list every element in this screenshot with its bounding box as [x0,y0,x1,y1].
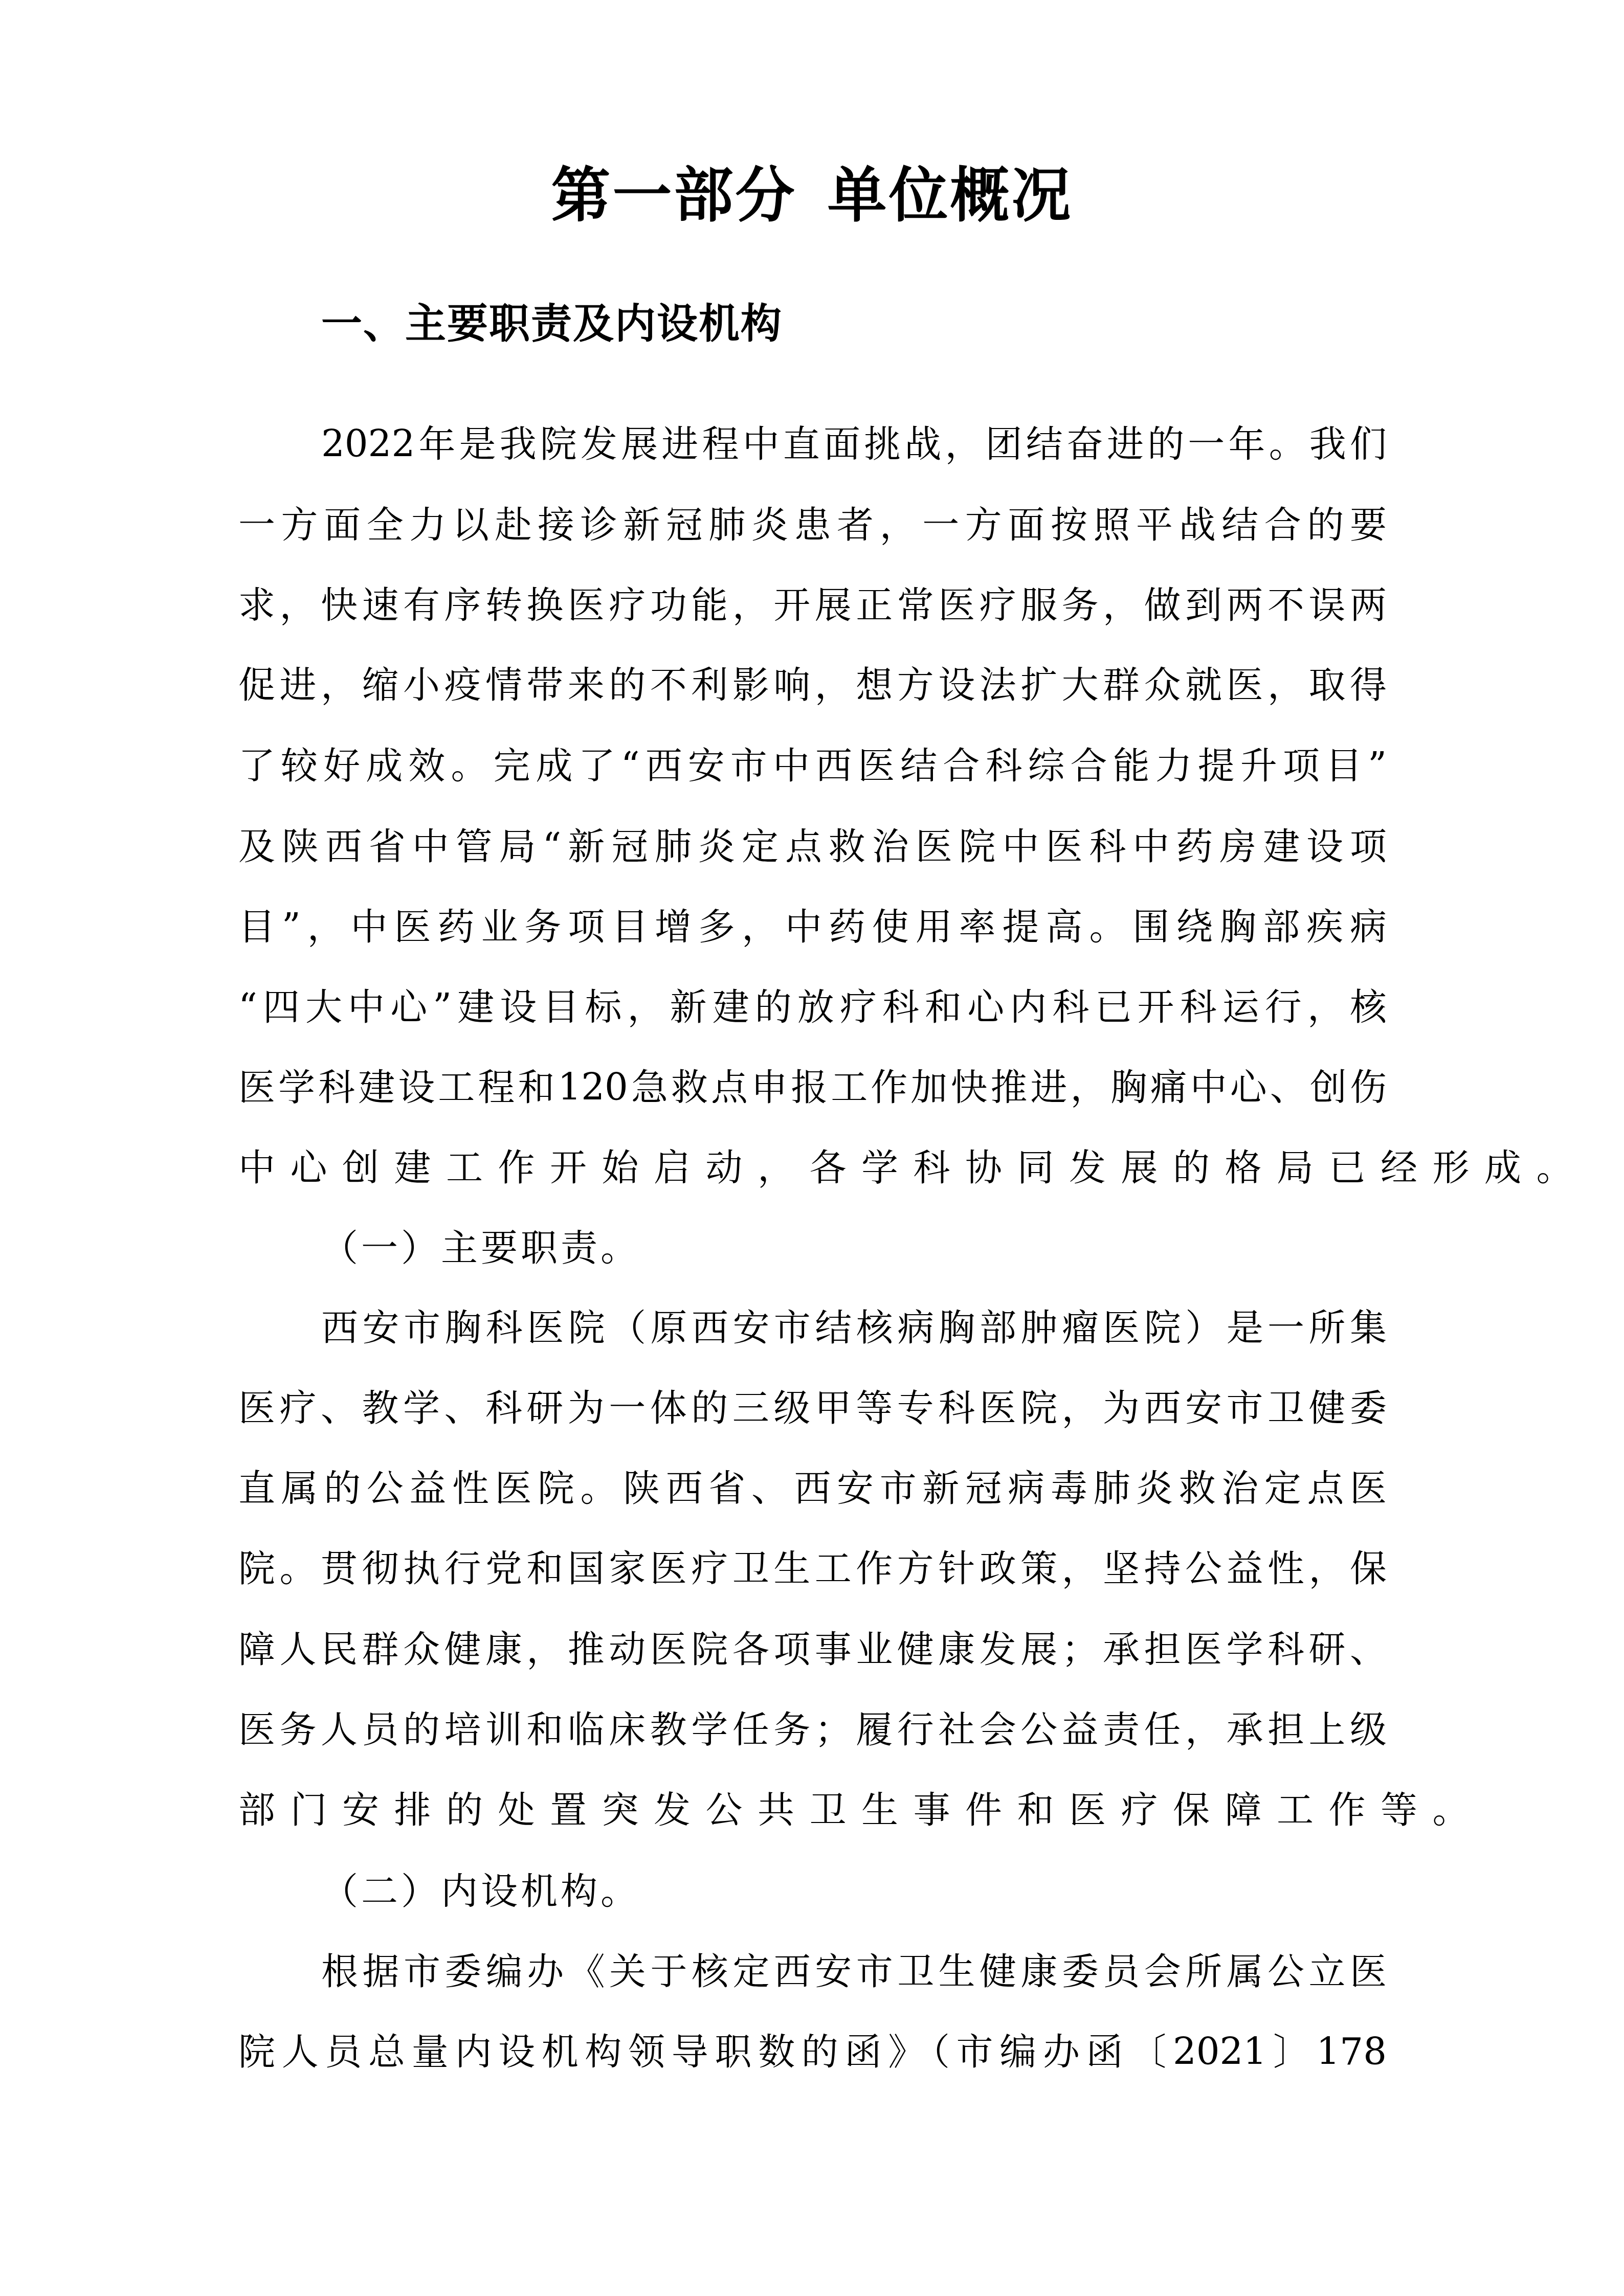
intro-line-3: 求，快速有序转换医疗功能，开展正常医疗服务，做到两不误两 [238,579,1387,631]
document-page: 第一部分单位概况 一、主要职责及内设机构 2022年是我院发展进程中直面挑战，团… [0,0,1624,2296]
intro-line-4: 促进，缩小疫情带来的不利影响，想方设法扩大群众就医，取得 [238,659,1387,710]
intro-line-1: 2022年是我院发展进程中直面挑战，团结奋进的一年。我们 [321,418,1387,469]
structure-line-1: 根据市委编办《关于核定西安市卫生健康委员会所属公立医 [321,1946,1387,1997]
page-title: 第一部分单位概况 [0,163,1624,229]
responsibilities-line-4: 院。贯彻执行党和国家医疗卫生工作方针政策，坚持公益性，保 [238,1543,1387,1594]
responsibilities-line-3: 直属的公益性医院。陕西省、西安市新冠病毒肺炎救治定点医 [238,1462,1387,1514]
section-heading: 一、主要职责及内设机构 [321,299,783,348]
responsibilities-line-6: 医务人员的培训和临床教学任务；履行社会公益责任，承担上级 [238,1704,1387,1755]
intro-line-2: 一方面全力以赴接诊新冠肺炎患者，一方面按照平战结合的要 [238,499,1387,550]
structure-line-2: 院人员总量内设机构领导职数的函》（市编办函〔2021〕178 [238,2026,1387,2077]
responsibilities-line-1: 西安市胸科医院（原西安市结核病胸部肿瘤医院）是一所集 [321,1302,1387,1353]
intro-line-9: 医学科建设工程和120急救点申报工作加快推进，胸痛中心、创伤 [238,1062,1387,1113]
responsibilities-line-2: 医疗、教学、科研为一体的三级甲等专科医院，为西安市卫健委 [238,1382,1387,1433]
responsibilities-line-7: 部门安排的处置突发公共卫生事件和医疗保障工作等。 [238,1784,1387,1835]
title-part-1: 第一部分 [551,161,797,230]
intro-line-6: 及陕西省中管局“新冠肺炎定点救治医院中医科中药房建设项 [238,821,1387,872]
intro-line-10: 中心创建工作开始启动，各学科协同发展的格局已经形成。 [238,1142,1387,1193]
intro-line-8: “四大中心”建设目标，新建的放疗科和心内科已开科运行，核 [238,981,1387,1032]
intro-line-7: 目”，中医药业务项目增多，中药使用率提高。围绕胸部疾病 [238,901,1387,952]
responsibilities-line-5: 障人民群众健康，推动医院各项事业健康发展；承担医学科研、 [238,1624,1387,1675]
subsection-2-heading: （二）内设机构。 [321,1865,640,1917]
title-part-2: 单位概况 [828,161,1073,230]
intro-line-5: 了较好成效。完成了“西安市中西医结合科综合能力提升项目” [238,740,1387,791]
subsection-1-heading: （一）主要职责。 [321,1222,640,1273]
